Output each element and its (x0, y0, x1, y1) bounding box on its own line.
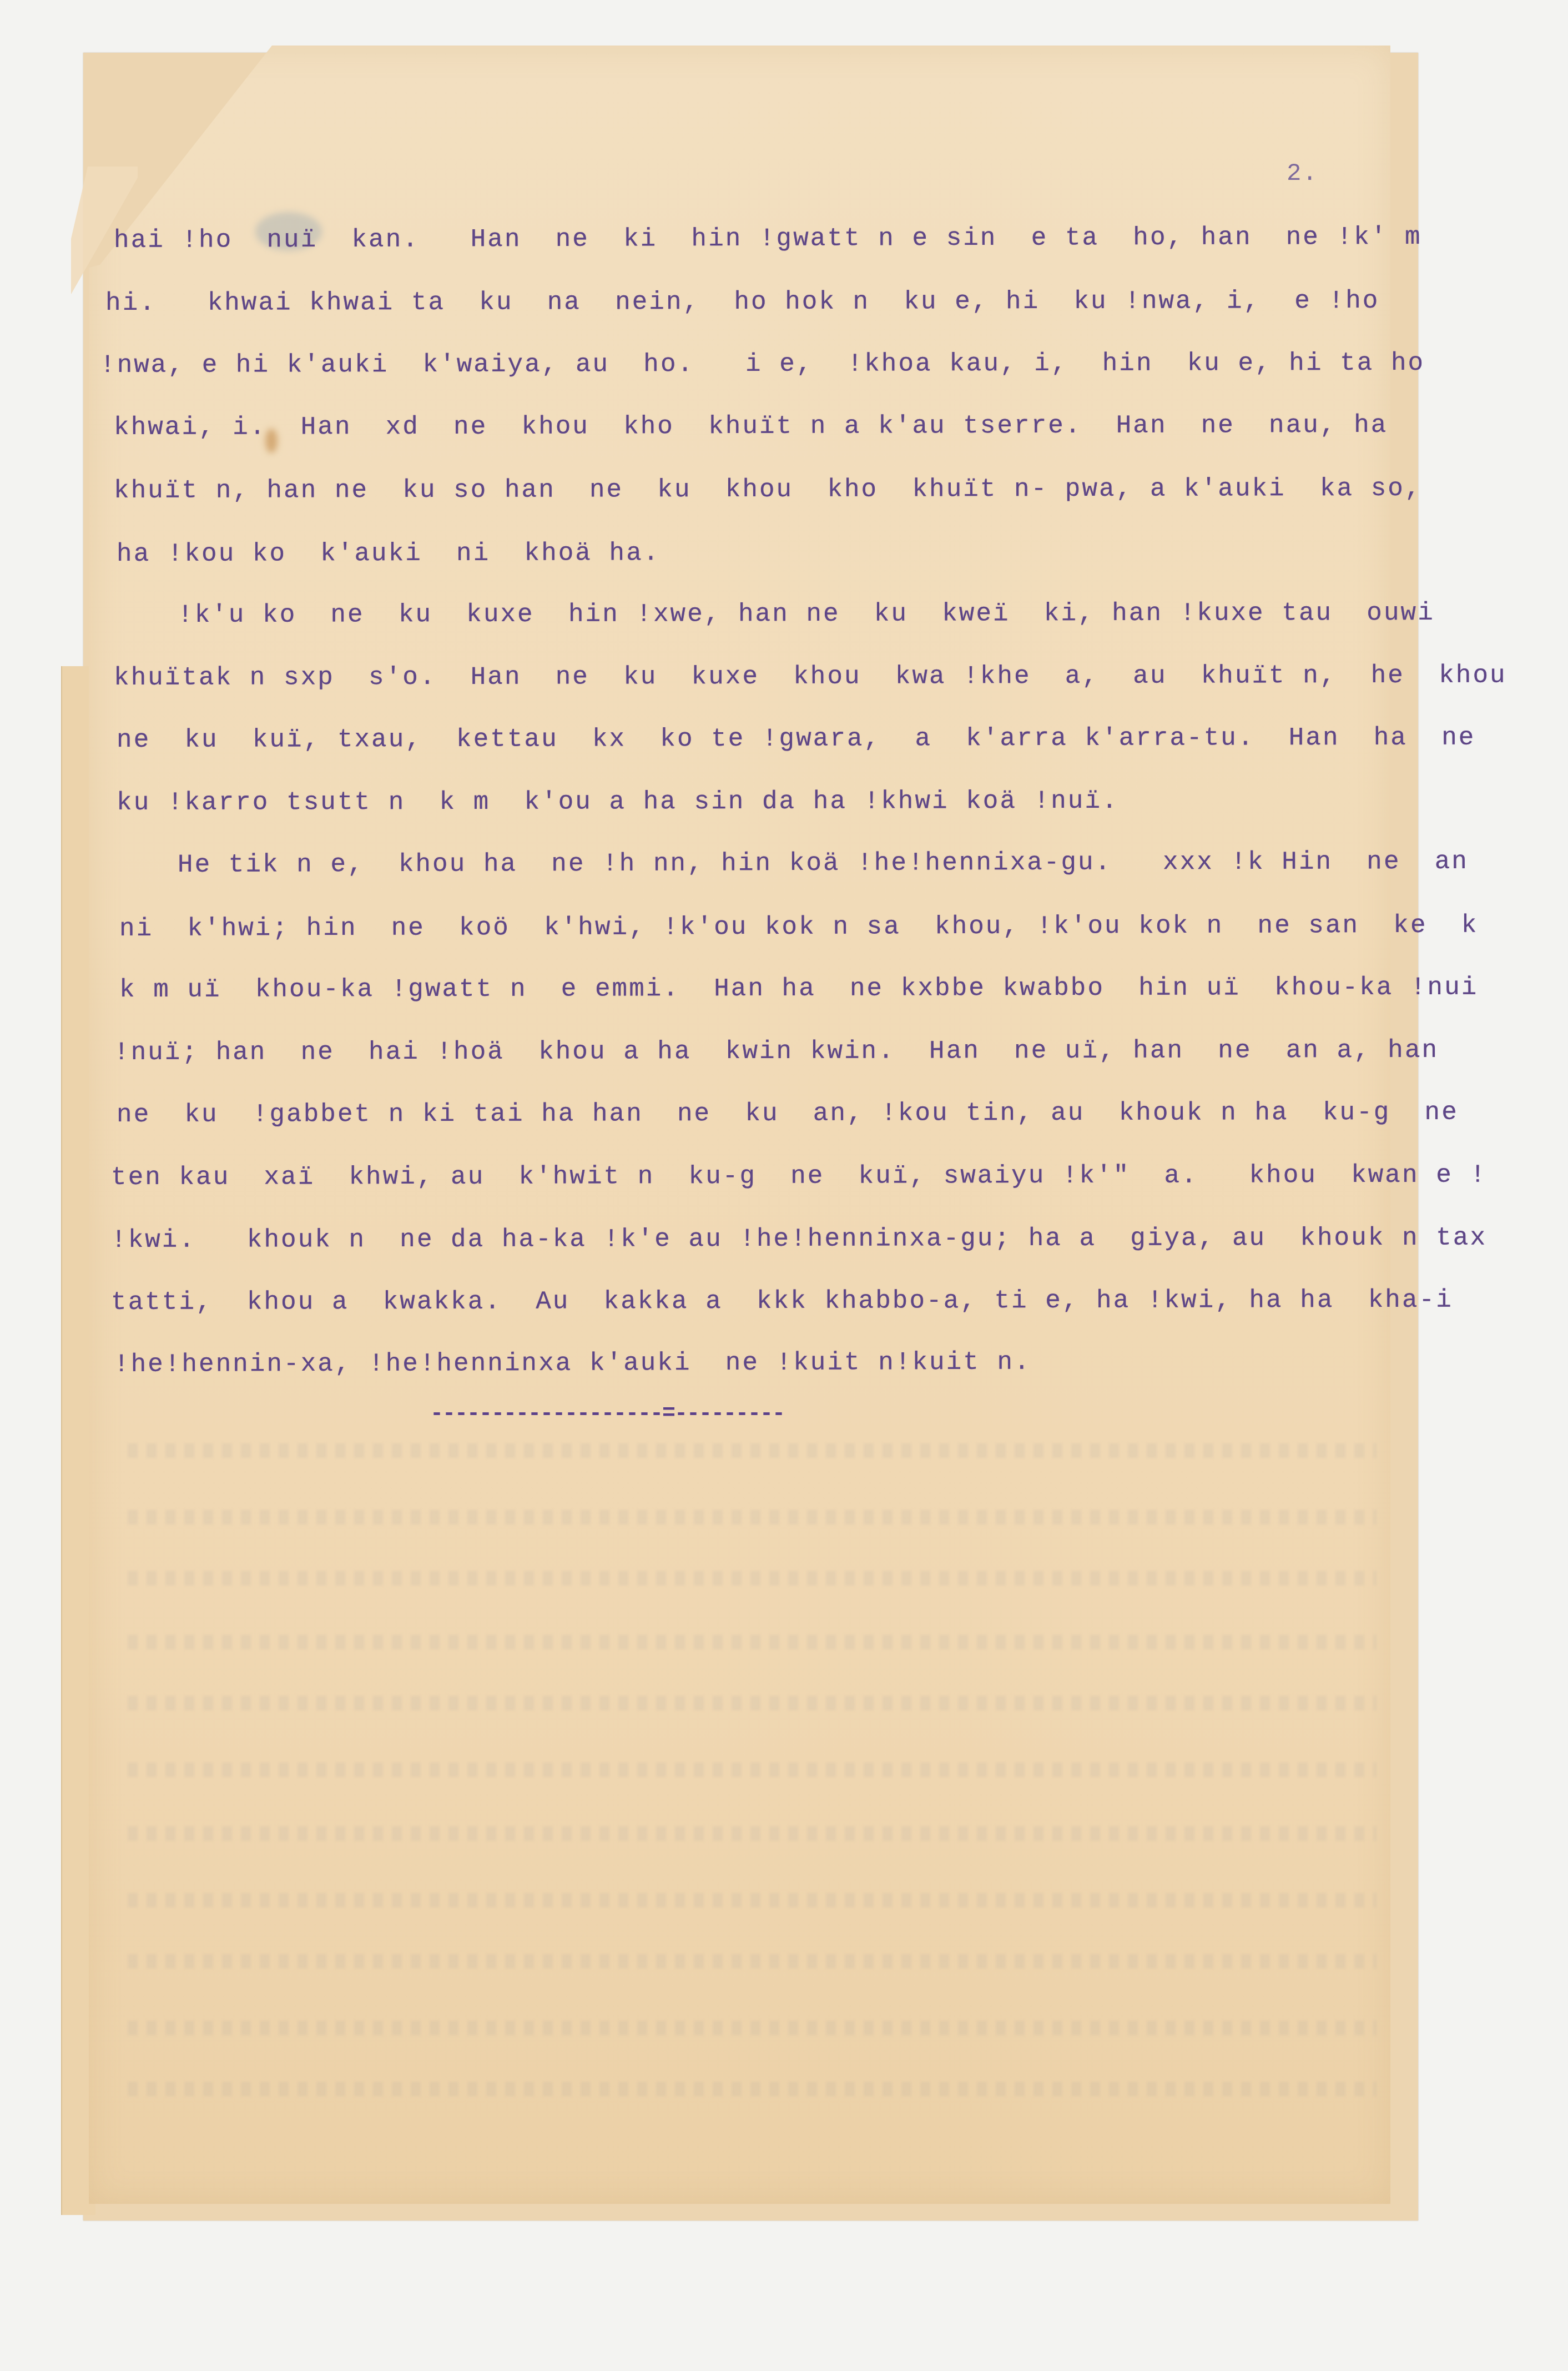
text-line: ne ku !gabbet n ki tai ha han ne ku an, … (117, 1097, 1459, 1130)
text-line: !he!hennin-xa, !he!henninxa k'auki ne !k… (114, 1347, 1031, 1380)
bleed-through-text (128, 1763, 1377, 1777)
text-line: !kwi. khouk n ne da ha-ka !k'e au !he!he… (111, 1222, 1487, 1256)
text-line: hai !ho nuї kan. Han ne ki hin !gwatt n … (114, 222, 1422, 256)
text-line: khwai, i. Han xd ne khou kho khuїt n a k… (114, 410, 1388, 443)
text-line: k m uї khou-ka !gwatt n e emmi. Han ha n… (119, 972, 1478, 1005)
bleed-through-text (128, 1893, 1377, 1907)
text-line: He tik n e, khou ha ne !h nn, hin koä !h… (178, 846, 1469, 880)
bleed-through-text (128, 1954, 1377, 1969)
text-line: !k'u ko ne ku kuxe hin !xwe, han ne ku k… (178, 597, 1435, 631)
text-line: hi. khwai khwai ta ku na nein, ho hok n … (105, 285, 1379, 319)
text-line: ha !kou ko k'auki ni khoä ha. (117, 537, 660, 570)
text-line: ne ku kuї, txau, kettau kx ko te !gwara,… (117, 722, 1475, 756)
text-line: tatti, khou a kwakka. Au kakka a kkk kha… (111, 1285, 1453, 1318)
bleed-through-text (128, 1443, 1377, 1458)
text-line: !nuї; han ne hai !hoä khou a ha kwin kwi… (114, 1035, 1439, 1068)
bleed-through-text (128, 1826, 1377, 1841)
page-content: 2. hai !ho nuї kan. Han ne ki hin !gwatt… (0, 0, 1568, 2371)
text-line: khuїtak n sxp s'o. Han ne ku kuxe khou k… (114, 660, 1507, 693)
bleed-through-text (128, 1571, 1377, 1585)
bleed-through-text (128, 1696, 1377, 1710)
text-line: ten kau xaї khwi, au k'hwit n ku-g ne ku… (111, 1160, 1487, 1193)
section-separator: -------------------=--------- (430, 1402, 784, 1427)
page-number: 2. (1287, 160, 1318, 188)
text-line: khuїt n, han ne ku so han ne ku khou kho… (114, 473, 1422, 506)
bleed-through-text (128, 1635, 1377, 1649)
text-line: ku !karro tsutt n k m k'ou a ha sin da h… (117, 786, 1119, 818)
bleed-through-text (128, 2021, 1377, 2035)
bleed-through-text (128, 1510, 1377, 1524)
bleed-through-text (128, 2082, 1377, 2096)
text-line: ni k'hwi; hin ne koö k'hwi, !k'ou kok n … (119, 910, 1478, 944)
text-line: !nwa, e hi k'auki k'waiya, au ho. i e, !… (100, 348, 1425, 381)
